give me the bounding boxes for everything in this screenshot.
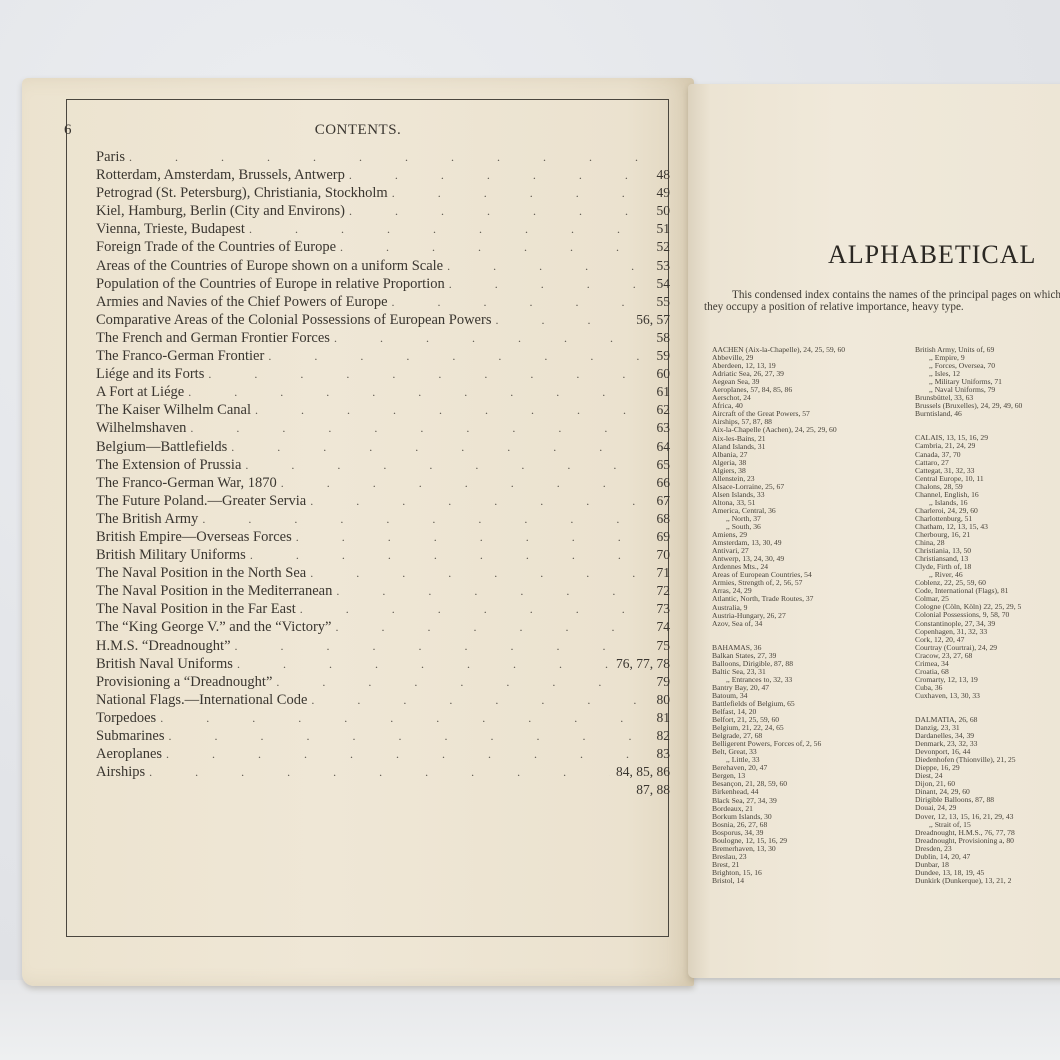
index-entry: [712, 628, 845, 644]
toc-entry-title: Belgium—Battlefields: [96, 438, 231, 456]
toc-entry-pages: 83: [640, 745, 670, 763]
toc-entry: Liége and its Forts. . . . . . . . . . .…: [96, 365, 670, 383]
toc-entry-title: Armies and Navies of the Chief Powers of…: [96, 293, 392, 311]
toc-entry: Foreign Trade of the Countries of Europe…: [96, 238, 670, 256]
dot-leader: . . . . . . . . . . . . . . . . . . . . …: [160, 709, 640, 727]
toc-entry-pages: 65: [640, 456, 670, 474]
toc-entry: The Franco-German War, 1870. . . . . . .…: [96, 474, 670, 492]
toc-entry-pages: 60: [640, 365, 670, 383]
index-entry: [915, 700, 1022, 716]
dot-leader: . . . . . . . . . . . . . . . . . . . . …: [447, 257, 640, 275]
toc-entry: The Naval Position in the Far East. . . …: [96, 600, 670, 618]
toc-entry-title: The British Army: [96, 510, 202, 528]
toc-entry: Submarines. . . . . . . . . . . . . . . …: [96, 727, 670, 745]
toc-entry: The “King George V.” and the “Victory”. …: [96, 618, 670, 636]
toc-entry-pages: 80: [640, 691, 670, 709]
toc-entry-pages: 59: [640, 347, 670, 365]
dot-leader: . . . . . . . . . . . . . . . . . . . . …: [310, 492, 640, 510]
dot-leader: . . . . . . . . . . . . . . . . . . . . …: [166, 745, 640, 763]
toc-entry-title: Liége and its Forts: [96, 365, 208, 383]
toc-entry-title: Vienna, Trieste, Budapest: [96, 220, 249, 238]
index-entry: Bristol, 14: [712, 877, 845, 885]
toc-entry-title: H.M.S. “Dreadnought”: [96, 637, 235, 655]
toc-entry-title: Kiel, Hamburg, Berlin (City and Environs…: [96, 202, 349, 220]
toc-entry: Belgium—Battlefields. . . . . . . . . . …: [96, 438, 670, 456]
index-entry: [915, 418, 1022, 434]
toc-entry-title: The Extension of Prussia: [96, 456, 245, 474]
dot-leader: . . . . . . . . . . . . . . . . . . . . …: [149, 763, 610, 781]
dot-leader: . . . . . . . . . . . . . . . . . . . . …: [168, 727, 640, 745]
dot-leader: . . . . . . . . . . . . . . . . . . . . …: [255, 401, 640, 419]
toc-entry-pages: 70: [640, 546, 670, 564]
toc-entry: Petrograd (St. Petersburg), Christiania,…: [96, 184, 670, 202]
dot-leader: . . . . . . . . . . . . . . . . . . . . …: [281, 474, 640, 492]
toc-entry-pages: 76, 77, 78: [610, 655, 670, 673]
dot-leader: . . . . . . . . . . . . . . . . . . . . …: [336, 582, 640, 600]
table-of-contents: Paris. . . . . . . . . . . . . . . . . .…: [96, 148, 670, 799]
toc-entry-pages: 63: [640, 419, 670, 437]
toc-entry-pages: 52: [640, 238, 670, 256]
toc-entry: Areas of the Countries of Europe shown o…: [96, 257, 670, 275]
toc-entry-title: British Military Uniforms: [96, 546, 250, 564]
toc-entry: Rotterdam, Amsterdam, Brussels, Antwerp.…: [96, 166, 670, 184]
toc-entry: Armies and Navies of the Chief Powers of…: [96, 293, 670, 311]
toc-entry-title: The Naval Position in the North Sea: [96, 564, 310, 582]
toc-entry-pages: 82: [640, 727, 670, 745]
toc-entry-pages: 74: [640, 618, 670, 636]
toc-entry-title: Paris: [96, 148, 129, 166]
toc-entry-pages: 73: [640, 600, 670, 618]
toc-entry-title: Provisioning a “Dreadnought”: [96, 673, 276, 691]
toc-entry: Wilhelmshaven. . . . . . . . . . . . . .…: [96, 419, 670, 437]
toc-entry-title: The Future Poland.—Greater Servia: [96, 492, 310, 510]
toc-entry: Aeroplanes. . . . . . . . . . . . . . . …: [96, 745, 670, 763]
dot-leader: . . . . . . . . . . . . . . . . . . . . …: [250, 546, 640, 564]
toc-entry: British Naval Uniforms. . . . . . . . . …: [96, 655, 670, 673]
index-entry: Azov, Sea of, 34: [712, 620, 845, 628]
dot-leader: . . . . . . . . . . . . . . . . . . . . …: [202, 510, 640, 528]
dot-leader: . . . . . . . . . . . . . . . . . . . . …: [296, 528, 640, 546]
dot-leader: . . . . . . . . . . . . . . . . . . . . …: [392, 184, 640, 202]
dot-leader: . . . . . . . . . . . . . . . . . . . . …: [188, 383, 640, 401]
dot-leader: . . . . . . . . . . . . . . . . . . . . …: [392, 293, 640, 311]
toc-entry-title: National Flags.—International Code: [96, 691, 311, 709]
index-entry: Cuxhaven, 13, 30, 33: [915, 692, 1022, 700]
toc-entry: Torpedoes. . . . . . . . . . . . . . . .…: [96, 709, 670, 727]
toc-entry-pages: 51: [640, 220, 670, 238]
toc-entry-pages: 55: [640, 293, 670, 311]
toc-entry: Kiel, Hamburg, Berlin (City and Environs…: [96, 202, 670, 220]
toc-entry-pages: 79: [640, 673, 670, 691]
toc-entry-title: Comparative Areas of the Colonial Posses…: [96, 311, 495, 329]
toc-entry-title: Petrograd (St. Petersburg), Christiania,…: [96, 184, 392, 202]
toc-entry-pages: 69: [640, 528, 670, 546]
dot-leader: . . . . . . . . . . . . . . . . . . . . …: [268, 347, 640, 365]
toc-entry-title: British Naval Uniforms: [96, 655, 237, 673]
toc-entry-title: Aeroplanes: [96, 745, 166, 763]
toc-entry-pages: 53: [640, 257, 670, 275]
toc-entry: Vienna, Trieste, Budapest. . . . . . . .…: [96, 220, 670, 238]
toc-entry: Airships. . . . . . . . . . . . . . . . …: [96, 763, 670, 781]
dot-leader: . . . . . . . . . . . . . . . . . . . . …: [231, 438, 640, 456]
toc-entry-title: Submarines: [96, 727, 168, 745]
toc-entry: National Flags.—International Code. . . …: [96, 691, 670, 709]
toc-entry-pages: 48: [640, 166, 670, 184]
toc-entry: The Naval Position in the North Sea. . .…: [96, 564, 670, 582]
toc-entry-title: The Franco-German War, 1870: [96, 474, 281, 492]
table-surface: [0, 980, 1060, 1060]
toc-entry-pages: 56, 57: [630, 311, 670, 329]
toc-entry: The French and German Frontier Forces. .…: [96, 329, 670, 347]
toc-entry: The British Army. . . . . . . . . . . . …: [96, 510, 670, 528]
dot-leader: . . . . . . . . . . . . . . . . . . . . …: [300, 600, 640, 618]
page-title: CONTENTS.: [22, 122, 694, 139]
dot-leader: . . . . . . . . . . . . . . . . . . . . …: [310, 564, 640, 582]
dot-leader: . . . . . . . . . . . . . . . . . . . . …: [249, 220, 640, 238]
right-page-index: ALPHABETICAL This condensed index contai…: [688, 84, 1060, 978]
toc-entry-title: Airships: [96, 763, 149, 781]
dot-leader: . . . . . . . . . . . . . . . . . . . . …: [495, 311, 630, 329]
toc-entry-title: Population of the Countries of Europe in…: [96, 275, 449, 293]
toc-entry-title: The Naval Position in the Far East: [96, 600, 300, 618]
dot-leader: . . . . . . . . . . . . . . . . . . . . …: [190, 419, 640, 437]
dot-leader: . . . . . . . . . . . . . . . . . . . . …: [208, 365, 640, 383]
toc-entry-title: Foreign Trade of the Countries of Europe: [96, 238, 340, 256]
toc-entry-title: The Naval Position in the Mediterranean: [96, 582, 336, 600]
index-entry: Dunkirk (Dunkerque), 13, 21, 2: [915, 877, 1022, 885]
toc-entry: Provisioning a “Dreadnought”. . . . . . …: [96, 673, 670, 691]
toc-entry-pages: 64: [640, 438, 670, 456]
toc-entry: The Extension of Prussia. . . . . . . . …: [96, 456, 670, 474]
dot-leader: . . . . . . . . . . . . . . . . . . . . …: [349, 166, 640, 184]
toc-entry-title: A Fort at Liége: [96, 383, 188, 401]
toc-entry: The Franco-German Frontier. . . . . . . …: [96, 347, 670, 365]
toc-entry-pages: 81: [640, 709, 670, 727]
dot-leader: . . . . . . . . . . . . . . . . . . . . …: [245, 456, 640, 474]
dot-leader: . . . . . . . . . . . . . . . . . . . . …: [349, 202, 640, 220]
index-entry: Burntisland, 46: [915, 410, 1022, 418]
dot-leader: . . . . . . . . . . . . . . . . . . . . …: [235, 637, 640, 655]
toc-entry: Paris. . . . . . . . . . . . . . . . . .…: [96, 148, 670, 166]
toc-entry-title: Torpedoes: [96, 709, 160, 727]
dot-leader: . . . . . . . . . . . . . . . . . . . . …: [340, 238, 640, 256]
toc-entry-title: The Kaiser Wilhelm Canal: [96, 401, 255, 419]
toc-entry-title: The Franco-German Frontier: [96, 347, 268, 365]
dot-leader: . . . . . . . . . . . . . . . . . . . . …: [449, 275, 640, 293]
toc-entry-pages: 68: [640, 510, 670, 528]
toc-entry-pages: 66: [640, 474, 670, 492]
toc-entry: The Kaiser Wilhelm Canal. . . . . . . . …: [96, 401, 670, 419]
left-page-contents: 6 CONTENTS. Paris. . . . . . . . . . . .…: [22, 78, 694, 986]
dot-leader: . . . . . . . . . . . . . . . . . . . . …: [334, 329, 640, 347]
toc-entry-pages: 49: [640, 184, 670, 202]
toc-entry-title: Wilhelmshaven: [96, 419, 190, 437]
toc-entry-pages: 75: [640, 637, 670, 655]
toc-entry-pages: 87, 88: [630, 781, 670, 799]
toc-entry: British Empire—Overseas Forces. . . . . …: [96, 528, 670, 546]
toc-entry: Population of the Countries of Europe in…: [96, 275, 670, 293]
toc-entry-pages: 58: [640, 329, 670, 347]
dot-leader: . . . . . . . . . . . . . . . . . . . . …: [129, 148, 640, 166]
toc-entry: The Naval Position in the Mediterranean.…: [96, 582, 670, 600]
toc-entry-pages: 71: [640, 564, 670, 582]
toc-entry-pages: 67: [640, 492, 670, 510]
index-heading: ALPHABETICAL: [828, 240, 1036, 270]
toc-entry-pages: 61: [640, 383, 670, 401]
toc-entry: 87, 88: [96, 781, 670, 799]
toc-entry-title: The French and German Frontier Forces: [96, 329, 334, 347]
dot-leader: . . . . . . . . . . . . . . . . . . . . …: [311, 691, 640, 709]
index-column-2: British Army, Units of, 69,, Empire, 9,,…: [915, 346, 1022, 885]
dot-leader: . . . . . . . . . . . . . . . . . . . . …: [237, 655, 610, 673]
toc-entry: Comparative Areas of the Colonial Posses…: [96, 311, 670, 329]
toc-entry-pages: 50: [640, 202, 670, 220]
index-intro-paragraph: This condensed index contains the names …: [704, 290, 1060, 313]
toc-entry: A Fort at Liége. . . . . . . . . . . . .…: [96, 383, 670, 401]
toc-entry-title: British Empire—Overseas Forces: [96, 528, 296, 546]
toc-entry-pages: 84, 85, 86: [610, 763, 670, 781]
toc-entry-title: Rotterdam, Amsterdam, Brussels, Antwerp: [96, 166, 349, 184]
toc-entry-pages: 62: [640, 401, 670, 419]
toc-entry: The Future Poland.—Greater Servia. . . .…: [96, 492, 670, 510]
dot-leader: . . . . . . . . . . . . . . . . . . . . …: [276, 673, 640, 691]
toc-entry: British Military Uniforms. . . . . . . .…: [96, 546, 670, 564]
index-column-1: AACHEN (Aix-la-Chapelle), 24, 25, 59, 60…: [712, 346, 845, 885]
toc-entry-title: Areas of the Countries of Europe shown o…: [96, 257, 447, 275]
toc-entry-title: The “King George V.” and the “Victory”: [96, 618, 335, 636]
toc-entry-pages: 54: [640, 275, 670, 293]
toc-entry: H.M.S. “Dreadnought”. . . . . . . . . . …: [96, 637, 670, 655]
dot-leader: . . . . . . . . . . . . . . . . . . . . …: [335, 618, 640, 636]
toc-entry-pages: 72: [640, 582, 670, 600]
